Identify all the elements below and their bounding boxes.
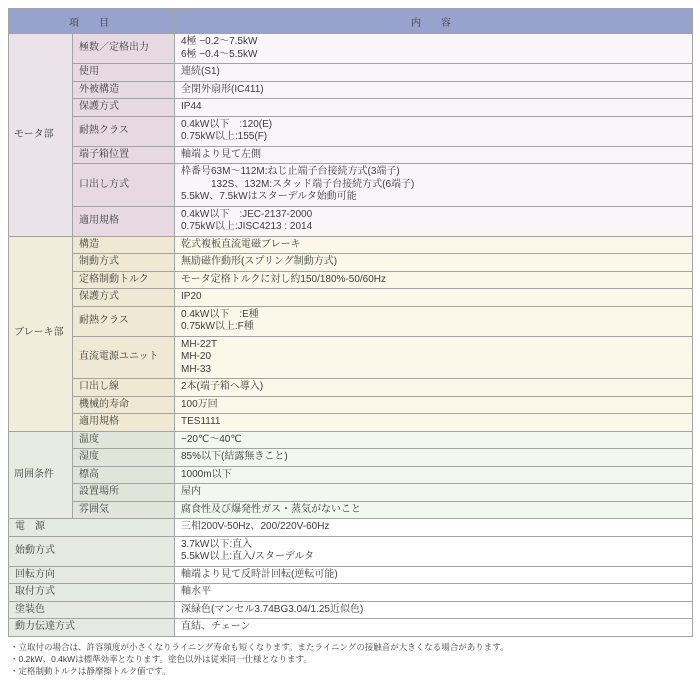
table-row: 外被構造全閉外扇形(IC411) <box>9 81 693 99</box>
cell-line: 乾式複板直流電磁ブレーキ <box>181 239 686 252</box>
group-cell-brake: ブレーキ部 <box>9 236 73 431</box>
table-row: 定格制動トルクモータ定格トルクに対し約150/180%-50/60Hz <box>9 271 693 289</box>
cell-line: 0.4kW以下 :120(E) <box>181 119 686 132</box>
cell-line: 5.5kW、7.5kWはスターデルタ始動可能 <box>181 191 686 204</box>
cell-line: 深緑色(マンセル3.74BG3.04/1.25近似色) <box>181 604 686 617</box>
table-row: 標高1000m以下 <box>9 466 693 484</box>
label-cell: 回転方向 <box>9 566 175 584</box>
content-cell: 軸端より見て左側 <box>175 146 693 164</box>
content-cell: 軸水平 <box>175 584 693 602</box>
footnote: ・立取付の場合は、許容頻度が小さくなりライニング寿命も短くなります。またライニン… <box>10 642 690 653</box>
cell-line: 直結、チェーン <box>181 621 686 634</box>
table-row: 適用規格0.4kW以下 :JEC-2137-20000.75kW以上:JISC4… <box>9 206 693 236</box>
content-cell: 三相200V-50Hz、200/220V-60Hz <box>175 519 693 537</box>
content-cell: 連続(S1) <box>175 64 693 82</box>
label-cell: 温度 <box>73 431 175 449</box>
label-cell: 塗装色 <box>9 601 175 619</box>
content-cell: 100万回 <box>175 396 693 414</box>
content-cell: モータ定格トルクに対し約150/180%-50/60Hz <box>175 271 693 289</box>
content-cell: 深緑色(マンセル3.74BG3.04/1.25近似色) <box>175 601 693 619</box>
table-row: 回転方向軸端より見て反時計回転(逆転可能) <box>9 566 693 584</box>
content-cell: 枠番号63M〜112M:ねじ止端子台接続方式(3端子) 132S、132M:スタ… <box>175 164 693 207</box>
table-row: 保護方式IP20 <box>9 289 693 307</box>
label-cell: 耐熱クラス <box>73 116 175 146</box>
label-cell: 口出し線 <box>73 379 175 397</box>
footnotes: ・立取付の場合は、許容頻度が小さくなりライニング寿命も短くなります。またライニン… <box>8 637 692 677</box>
label-cell: 保護方式 <box>73 99 175 117</box>
group-cell-motor: モータ部 <box>9 34 73 237</box>
content-cell: 腐食性及び爆発性ガス・蒸気がないこと <box>175 501 693 519</box>
label-cell: 極数／定格出力 <box>73 34 175 64</box>
label-cell: 構造 <box>73 236 175 254</box>
content-cell: 0.4kW以下 :E種0.75kW以上:F種 <box>175 306 693 336</box>
content-cell: MH-22TMH-20MH-33 <box>175 336 693 379</box>
label-cell: 保護方式 <box>73 289 175 307</box>
content-cell: IP20 <box>175 289 693 307</box>
cell-line: MH-33 <box>181 364 686 377</box>
table-header: 項 目 内 容 <box>9 9 693 34</box>
content-cell: 無励磁作動形(スプリング制動方式) <box>175 254 693 272</box>
footnote: ・定格制動トルクは静摩擦トルク値です。 <box>10 666 690 677</box>
label-cell: 使用 <box>73 64 175 82</box>
table-row: 電 源三相200V-50Hz、200/220V-60Hz <box>9 519 693 537</box>
cell-line: 1000m以下 <box>181 469 686 482</box>
page: 項 目 内 容 モータ部極数／定格出力4極 −0.2〜7.5kW6極 −0.4〜… <box>0 0 700 677</box>
cell-line: 軸水平 <box>181 586 686 599</box>
content-cell: 軸端より見て反時計回転(逆転可能) <box>175 566 693 584</box>
content-cell: 乾式複板直流電磁ブレーキ <box>175 236 693 254</box>
cell-line: 屋内 <box>181 486 686 499</box>
content-cell: 85%以下(結露無きこと) <box>175 449 693 467</box>
cell-line: 軸端より見て反時計回転(逆転可能) <box>181 569 686 582</box>
table-row: 使用連続(S1) <box>9 64 693 82</box>
cell-line: IP20 <box>181 291 686 304</box>
content-cell: 1000m以下 <box>175 466 693 484</box>
cell-line: 0.4kW以下 :E種 <box>181 309 686 322</box>
table-row: 取付方式軸水平 <box>9 584 693 602</box>
cell-line: TES1111 <box>181 416 686 429</box>
cell-line: 三相200V-50Hz、200/220V-60Hz <box>181 521 686 534</box>
table-row: 適用規格TES1111 <box>9 414 693 432</box>
table-row: 直流電源ユニットMH-22TMH-20MH-33 <box>9 336 693 379</box>
label-cell: 雰囲気 <box>73 501 175 519</box>
content-cell: 0.4kW以下 :120(E)0.75kW以上:155(F) <box>175 116 693 146</box>
cell-line: 0.75kW以上:JISC4213 : 2014 <box>181 221 686 234</box>
cell-line: 3.7kW以下:直入 <box>181 539 686 552</box>
table-row: モータ部極数／定格出力4極 −0.2〜7.5kW6極 −0.4〜5.5kW <box>9 34 693 64</box>
cell-line: 5.5kW以上:直入/スターデルタ <box>181 551 686 564</box>
table-row: 湿度85%以下(結露無きこと) <box>9 449 693 467</box>
header-content-cell: 内 容 <box>175 9 693 34</box>
cell-line: 0.75kW以上:155(F) <box>181 131 686 144</box>
label-cell: 外被構造 <box>73 81 175 99</box>
table-row: 口出し方式枠番号63M〜112M:ねじ止端子台接続方式(3端子) 132S、13… <box>9 164 693 207</box>
label-cell: 端子箱位置 <box>73 146 175 164</box>
cell-line: IP44 <box>181 101 686 114</box>
table-row: 動力伝達方式直結、チェーン <box>9 619 693 637</box>
label-cell: 湿度 <box>73 449 175 467</box>
content-cell: IP44 <box>175 99 693 117</box>
content-cell: −20℃〜40℃ <box>175 431 693 449</box>
content-cell: 4極 −0.2〜7.5kW6極 −0.4〜5.5kW <box>175 34 693 64</box>
header-item-cell: 項 目 <box>9 9 175 34</box>
label-cell: 取付方式 <box>9 584 175 602</box>
label-cell: 電 源 <box>9 519 175 537</box>
cell-line: 軸端より見て左側 <box>181 149 686 162</box>
cell-line: 無励磁作動形(スプリング制動方式) <box>181 256 686 269</box>
table-row: 機械的寿命100万回 <box>9 396 693 414</box>
footnote: ・0.2kW、0.4kWは標準効率となります。塗色以外は従来同一仕様となります。 <box>10 654 690 665</box>
table-row: 口出し線2本(端子箱へ導入) <box>9 379 693 397</box>
cell-line: 連続(S1) <box>181 66 686 79</box>
cell-line: 0.4kW以下 :JEC-2137-2000 <box>181 209 686 222</box>
content-cell: 0.4kW以下 :JEC-2137-20000.75kW以上:JISC4213 … <box>175 206 693 236</box>
table-row: 塗装色深緑色(マンセル3.74BG3.04/1.25近似色) <box>9 601 693 619</box>
cell-line: モータ定格トルクに対し約150/180%-50/60Hz <box>181 274 686 287</box>
spec-table: 項 目 内 容 モータ部極数／定格出力4極 −0.2〜7.5kW6極 −0.4〜… <box>8 8 693 637</box>
label-cell: 機械的寿命 <box>73 396 175 414</box>
cell-line: 全閉外扇形(IC411) <box>181 84 686 97</box>
table-row: 制動方式無励磁作動形(スプリング制動方式) <box>9 254 693 272</box>
label-cell: 直流電源ユニット <box>73 336 175 379</box>
cell-line: 2本(端子箱へ導入) <box>181 381 686 394</box>
table-row: 保護方式IP44 <box>9 99 693 117</box>
cell-line: 枠番号63M〜112M:ねじ止端子台接続方式(3端子) <box>181 166 686 179</box>
content-cell: 屋内 <box>175 484 693 502</box>
label-cell: 標高 <box>73 466 175 484</box>
content-cell: 直結、チェーン <box>175 619 693 637</box>
table-row: 端子箱位置軸端より見て左側 <box>9 146 693 164</box>
cell-line: 100万回 <box>181 399 686 412</box>
content-cell: 全閉外扇形(IC411) <box>175 81 693 99</box>
cell-line: 85%以下(結露無きこと) <box>181 451 686 464</box>
label-cell: 動力伝達方式 <box>9 619 175 637</box>
cell-line: −20℃〜40℃ <box>181 434 686 447</box>
label-cell: 定格制動トルク <box>73 271 175 289</box>
table-row: 耐熱クラス0.4kW以下 :120(E)0.75kW以上:155(F) <box>9 116 693 146</box>
label-cell: 制動方式 <box>73 254 175 272</box>
table-row: 周囲条件温度−20℃〜40℃ <box>9 431 693 449</box>
table-row: 始動方式3.7kW以下:直入5.5kW以上:直入/スターデルタ <box>9 536 693 566</box>
cell-line: 6極 −0.4〜5.5kW <box>181 49 686 62</box>
group-cell-ambient: 周囲条件 <box>9 431 73 519</box>
cell-line: MH-22T <box>181 339 686 352</box>
table-row: 耐熱クラス0.4kW以下 :E種0.75kW以上:F種 <box>9 306 693 336</box>
table-row: 雰囲気腐食性及び爆発性ガス・蒸気がないこと <box>9 501 693 519</box>
label-cell: 耐熱クラス <box>73 306 175 336</box>
content-cell: 3.7kW以下:直入5.5kW以上:直入/スターデルタ <box>175 536 693 566</box>
cell-line: 0.75kW以上:F種 <box>181 321 686 334</box>
label-cell: 適用規格 <box>73 206 175 236</box>
label-cell: 適用規格 <box>73 414 175 432</box>
cell-line: 腐食性及び爆発性ガス・蒸気がないこと <box>181 504 686 517</box>
label-cell: 始動方式 <box>9 536 175 566</box>
cell-line: MH-20 <box>181 351 686 364</box>
cell-line: 4極 −0.2〜7.5kW <box>181 36 686 49</box>
cell-line: 132S、132M:スタッド端子台接続方式(6端子) <box>181 179 686 192</box>
label-cell: 口出し方式 <box>73 164 175 207</box>
table-row: ブレーキ部構造乾式複板直流電磁ブレーキ <box>9 236 693 254</box>
content-cell: TES1111 <box>175 414 693 432</box>
spec-table-body: モータ部極数／定格出力4極 −0.2〜7.5kW6極 −0.4〜5.5kW使用連… <box>9 34 693 637</box>
label-cell: 設置場所 <box>73 484 175 502</box>
table-row: 設置場所屋内 <box>9 484 693 502</box>
content-cell: 2本(端子箱へ導入) <box>175 379 693 397</box>
